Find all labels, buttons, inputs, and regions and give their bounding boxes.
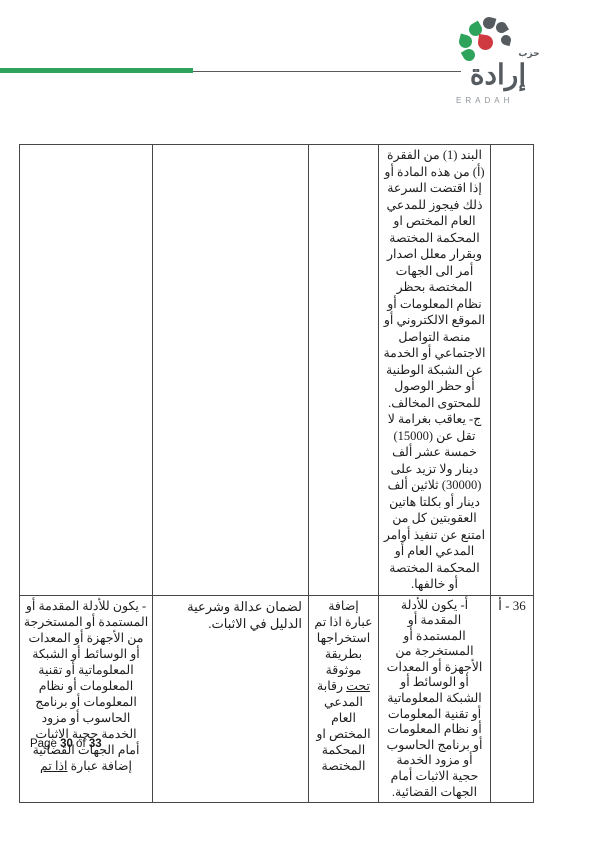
amendments-table: البند (1) من الفقرة (أ) من هذه المادة أو… (19, 144, 534, 803)
cell-proposed-change: إضافة عبارة اذا تم استخراجها بطريقة موثو… (309, 595, 379, 803)
table-row: البند (1) من الفقرة (أ) من هذه المادة أو… (20, 145, 534, 596)
logo-leaf-icon (458, 34, 474, 50)
page-number: Page 30 of 33 (30, 738, 102, 750)
page-number-label: Page (30, 738, 60, 750)
logo-leaf-icon (500, 34, 512, 46)
cell-justification: لضمان عدالة وشرعية الدليل في الاثبات. (153, 595, 309, 803)
cell-proposed-change (309, 145, 379, 596)
cell-article-number: 36 - أ (491, 595, 534, 803)
table-row: 36 - أ أ- يكون للأدلة المقدمة أو المستمد… (20, 595, 534, 803)
logo-heart-icon (477, 34, 494, 51)
cell-article-text: البند (1) من الفقرة (أ) من هذه المادة أو… (379, 145, 491, 596)
cell-article-text: أ- يكون للأدلة المقدمة أو المستمدة أو ال… (379, 595, 491, 803)
logo-wordmark-arabic: إرادة (452, 60, 544, 92)
logo-leaf-icon (494, 20, 509, 35)
logo-party-word: حزب (514, 48, 544, 59)
logo-wordmark-latin: ERADAH (456, 96, 544, 105)
cell-article-number (491, 145, 534, 596)
cell-justification (153, 145, 309, 596)
page-number-of: of (73, 738, 89, 750)
change-text-underlined: تحت (346, 679, 370, 693)
cell-amended-text (20, 145, 153, 596)
header-accent-bar (0, 68, 193, 73)
page-number-current: 30 (60, 738, 73, 750)
header-rule-line (193, 71, 461, 72)
eradah-party-logo: حزب إرادة ERADAH (450, 12, 548, 110)
change-text: إضافة عبارة اذا تم استخراجها بطريقة موثو… (314, 599, 372, 677)
logo-leaf-icon (482, 16, 497, 31)
article-paragraph: ج- يعاقب بغرامة لا تقل عن (15000) خمسة ع… (383, 411, 486, 593)
article-paragraph: البند (1) من الفقرة (أ) من هذه المادة أو… (383, 147, 486, 411)
document-page: { "colors": { "accent-green": "#2ea35b",… (0, 0, 595, 841)
cell-amended-text: - يكون للأدلة المقدمة أو المستمدة أو الم… (20, 595, 153, 803)
page-number-total: 33 (89, 738, 102, 750)
amended-text-underlined: اذا تم (40, 759, 67, 773)
